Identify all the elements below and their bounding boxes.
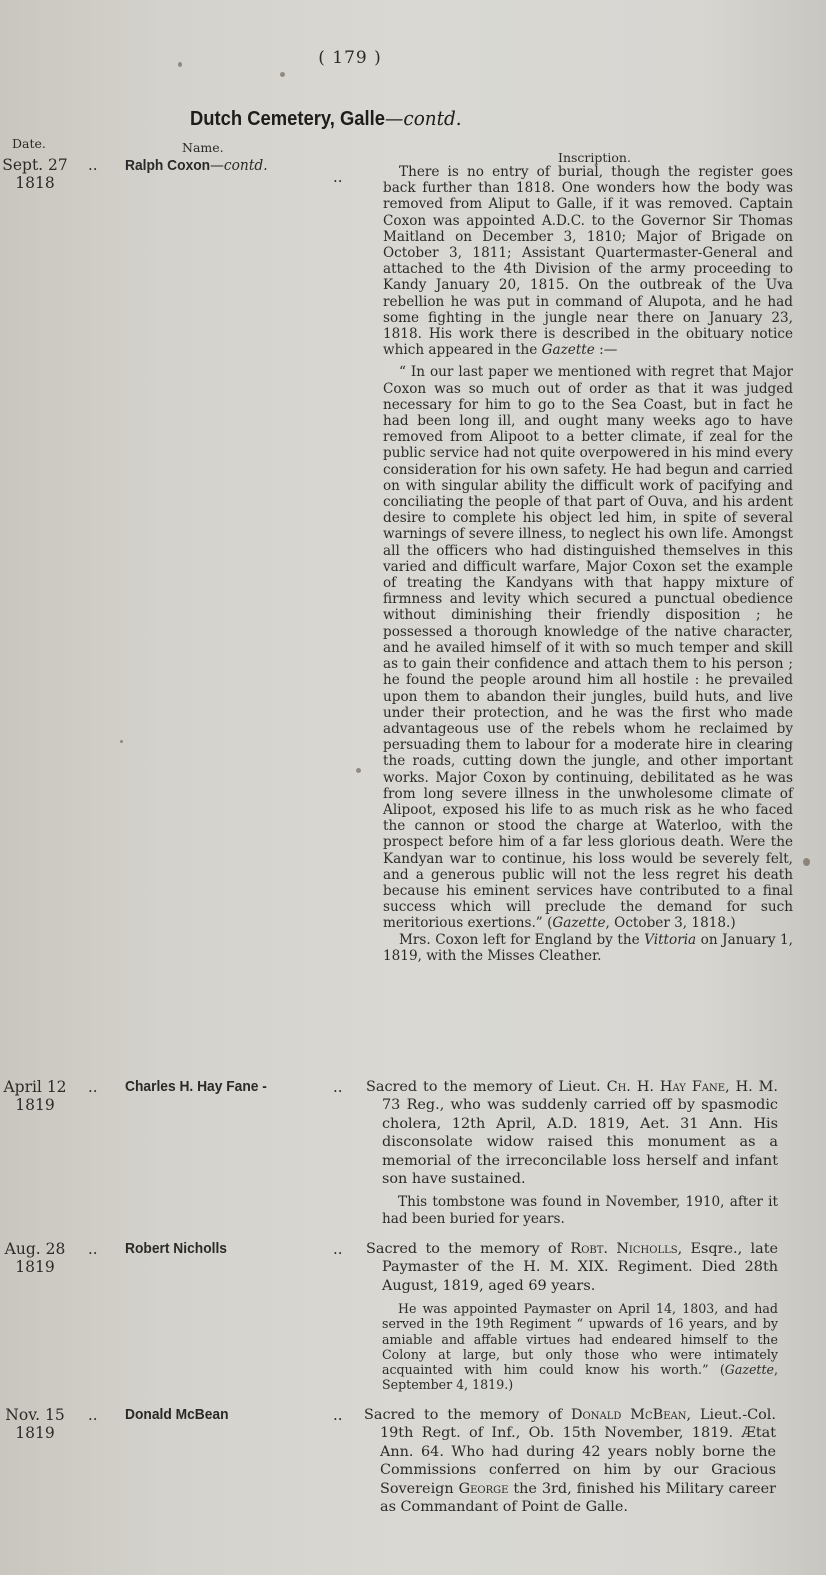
date-line: Sept. 27 [0,156,70,174]
italic-text: Gazette [542,342,595,358]
note-paragraph: He was appointed Paymaster on April 14, … [366,1301,778,1392]
citation-italic: Gazette [725,1362,774,1377]
inscription-paragraph: Sacred to the memory of Donald McBean, L… [364,1406,776,1516]
citation-text: ( [709,1362,725,1377]
leader-dots: .. [88,1078,98,1096]
paragraph-text: :— [595,342,618,358]
heading-title: Dutch Cemetery, Galle [190,108,385,130]
paper-speck [120,740,123,743]
page-number: ( 179 ) [0,48,700,68]
inscription-paragraph: Sacred to the memory of Robt. Nicholls, … [366,1240,778,1295]
name-dash: - [262,1078,267,1095]
entry-name: Ralph Coxon—contd. [125,156,268,174]
entry-inscription: Sacred to the memory of Robt. Nicholls, … [366,1240,778,1392]
entry-date: Sept. 27 1818 [0,156,70,192]
entry-inscription: Sacred to the memory of Donald McBean, L… [364,1406,776,1516]
leader-dots: .. [333,1078,343,1096]
leader-dots: .. [88,156,98,174]
entry-date: Nov. 15 1819 [0,1406,70,1442]
inscription-paragraph: There is no entry of burial, though the … [383,164,793,358]
column-header-inscription: Inscription. [558,150,631,165]
paper-speck [280,72,285,77]
small-caps-name: Ch. H. Hay Fane [607,1079,726,1095]
citation-italic: Gazette [552,915,605,931]
leader-dots: .. [333,1240,343,1258]
entry-date: Aug. 28 1819 [0,1240,70,1276]
date-line: Aug. 28 [0,1240,70,1258]
entry-name: Robert Nicholls [125,1240,227,1257]
date-year: 1819 [0,1424,70,1442]
quote-text: “ In our last paper we mentioned with re… [383,364,793,931]
note-paragraph: This tombstone was found in November, 19… [366,1194,778,1226]
small-caps-name: George [459,1481,509,1497]
ship-name: Vittoria [644,932,696,948]
paragraph-text: This tombstone was found in November, 19… [382,1194,778,1226]
leader-dots: .. [333,168,343,186]
column-header-name: Name. [182,140,224,155]
leader-dots: .. [88,1240,98,1258]
column-header-date: Date. [12,136,46,151]
date-year: 1819 [0,1258,70,1276]
name-text: Ralph Coxon [125,157,210,174]
paragraph-text: Sacred to the memory of [366,1241,570,1257]
entry-name: Charles H. Hay Fane - [125,1078,267,1095]
page-heading: Dutch Cemetery, Galle—contd. [190,106,462,131]
date-year: 1818 [0,174,70,192]
paragraph-text: Mrs. Coxon left for England by the [399,932,644,948]
paragraph-text: Sacred to the memory of [364,1407,571,1423]
paragraph-text: Sacred to the memory of Lieut. [366,1079,607,1095]
date-line: April 12 [0,1078,70,1096]
leader-dots: .. [333,1406,343,1424]
citation-text: , October 3, 1818.) [606,915,736,931]
heading-suffix: —contd. [385,106,462,130]
small-caps-name: Robt. Nicholls [570,1241,677,1257]
entry-inscription: Sacred to the memory of Lieut. Ch. H. Ha… [366,1078,778,1227]
small-caps-name: Donald McBean [571,1407,686,1423]
name-text: Charles H. Hay Fane [125,1078,258,1095]
citation-text: ( [543,915,553,931]
entry-inscription: There is no entry of burial, though the … [383,164,793,964]
paragraph-text: , H. M. 73 Reg., who was suddenly carrie… [382,1079,778,1187]
inscription-paragraph: Sacred to the memory of Lieut. Ch. H. Ha… [366,1078,778,1188]
paper-speck [803,858,810,866]
entry-name: Donald McBean [125,1406,229,1423]
paper-speck [178,62,182,67]
paragraph-text: There is no entry of burial, though the … [383,164,793,358]
name-suffix: —contd. [210,156,268,174]
leader-dots: .. [88,1406,98,1424]
date-line: Nov. 15 [0,1406,70,1424]
inscription-paragraph: Mrs. Coxon left for England by the Vitto… [383,932,793,964]
date-year: 1819 [0,1096,70,1114]
entry-date: April 12 1819 [0,1078,70,1114]
paper-speck [356,768,361,773]
gazette-quote: “ In our last paper we mentioned with re… [383,364,793,931]
